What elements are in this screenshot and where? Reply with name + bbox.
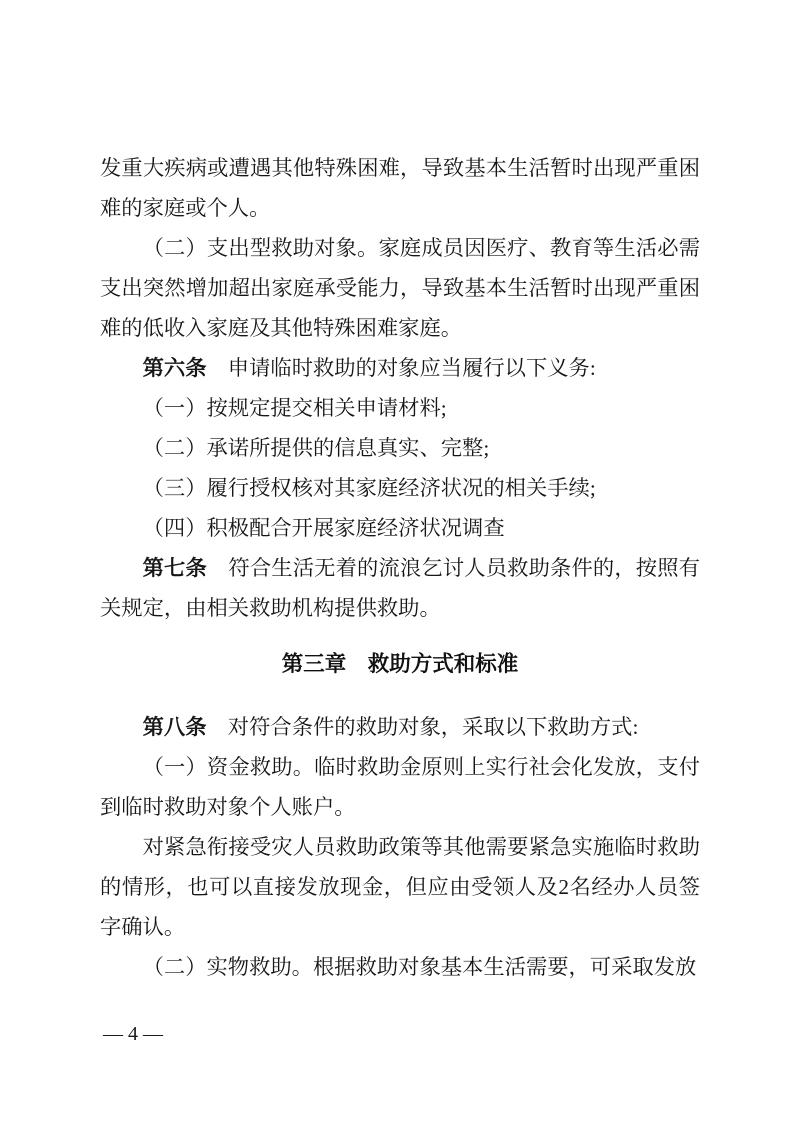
article-8-number: 第八条 (143, 715, 207, 739)
chapter-3-heading: 第三章 救助方式和标准 (100, 644, 700, 684)
body-paragraph-item-2: （二）支出型救助对象。家庭成员因医疗、教育等生活必需支出突然增加超出家庭承受能力… (100, 228, 700, 348)
article-8-text: 对符合条件的救助对象，采取以下救助方式: (207, 715, 639, 739)
article-7-number: 第七条 (143, 556, 207, 580)
assistance-method-item-2: （二）实物救助。根据救助对象基本生活需要，可采取发放 (100, 947, 700, 987)
document-body: 发重大疾病或遭遇其他特殊困难，导致基本生活暂时出现严重困难的家庭或个人。 （二）… (100, 148, 700, 987)
assistance-method-item-1: （一）资金救助。临时救助金原则上实行社会化发放，支付到临时救助对象个人账户。 (100, 747, 700, 827)
obligation-item-2: （二）承诺所提供的信息真实、完整; (100, 428, 700, 468)
article-6-paragraph: 第六条 申请临时救助的对象应当履行以下义务: (100, 348, 700, 388)
obligation-item-3: （三）履行授权核对其家庭经济状况的相关手续; (100, 468, 700, 508)
page-number: — 4 — (103, 1022, 163, 1046)
article-6-number: 第六条 (143, 356, 207, 380)
article-7-paragraph: 第七条 符合生活无着的流浪乞讨人员救助条件的，按照有关规定，由相关救助机构提供救… (100, 548, 700, 628)
assistance-method-cash-note: 对紧急衔接受灾人员救助政策等其他需要紧急实施临时救助的情形，也可以直接发放现金，… (100, 827, 700, 947)
article-6-text: 申请临时救助的对象应当履行以下义务: (207, 356, 596, 380)
obligation-item-4: （四）积极配合开展家庭经济状况调查 (100, 508, 700, 548)
article-8-paragraph: 第八条 对符合条件的救助对象，采取以下救助方式: (100, 707, 700, 747)
obligation-item-1: （一）按规定提交相关申请材料; (100, 388, 700, 428)
body-paragraph-continuation: 发重大疾病或遭遇其他特殊困难，导致基本生活暂时出现严重困难的家庭或个人。 (100, 148, 700, 228)
document-page: 发重大疾病或遭遇其他特殊困难，导致基本生活暂时出现严重困难的家庭或个人。 （二）… (0, 0, 793, 1122)
